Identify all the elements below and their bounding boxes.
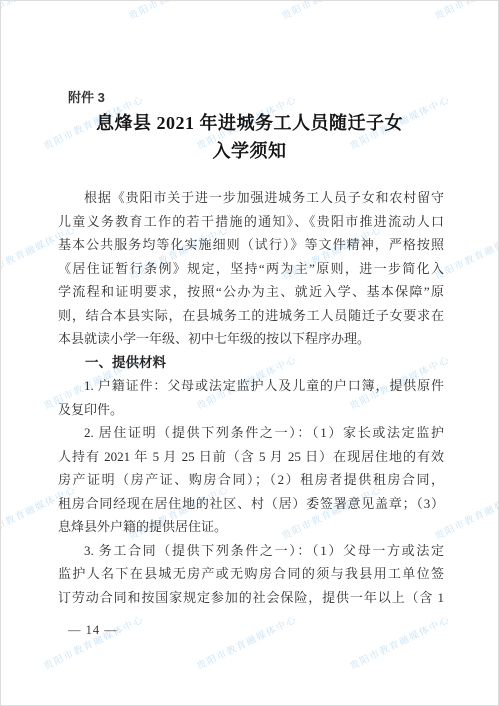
body-line: 房产证明（房产证、购房合同）；（2）租房者提供租房合同， (58, 468, 444, 492)
body-line: 及复印件。 (58, 398, 444, 422)
watermark-text: 贵阳市教育融媒体中心 (194, 611, 299, 672)
body-line: 《居住证暂行条例》规定，坚持“两为主”原则，进一步简化入 (58, 257, 444, 281)
title-line-1: 息烽县 2021 年进城务工人员随迁子女 (1, 109, 498, 137)
body-line: 则，结合本县实际，在县城务工的进城务工人员随迁子女要求在 (58, 304, 444, 328)
body-line: 租房合同经现在居住地的社区、村（居）委签署意见盖章；（3） (58, 492, 444, 516)
document-body: 根据《贵阳市关于进一步加强进城务工人员子女和农村留守 儿童义务教育工作的若干措施… (58, 186, 444, 609)
body-line: 3. 务工合同（提供下列条件之一）：（1）父母一方或法定 (58, 539, 444, 563)
section-heading: 一、提供材料 (58, 351, 444, 375)
body-line: 息烽县外户籍的提供居住证。 (58, 515, 444, 539)
body-line: 根据《贵阳市关于进一步加强进城务工人员子女和农村留守 (58, 186, 444, 210)
attachment-label: 附件 3 (68, 87, 105, 106)
body-line: 本县就读小学一年级、初中七年级的按以下程序办理。 (58, 327, 444, 351)
title-line-2: 入学须知 (1, 137, 498, 165)
document-page: 贵阳市教育融媒体中心贵阳市教育融媒体中心贵阳市教育融媒体中心贵阳市教育融媒体中心… (0, 0, 499, 706)
body-line: 监护人名下在县城无房产或无购房合同的须与我县用工单位签 (58, 562, 444, 586)
watermark-text: 贵阳市教育融媒体中心 (41, 611, 146, 672)
body-line: 儿童义务教育工作的若干措施的通知》、《贵阳市推进流动人口 (58, 210, 444, 234)
watermark-text: 贵阳市教育融媒体中心 (0, 0, 78, 22)
body-line: 学流程和证明要求，按照“公办为主、就近入学、基本保障”原 (58, 280, 444, 304)
document-title: 息烽县 2021 年进城务工人员随迁子女 入学须知 (1, 109, 498, 165)
watermark-text: 贵阳市教育融媒体中心 (279, 0, 384, 22)
body-line: 订劳动合同和按国家规定参加的社会保险，提供一年以上（含 1 (58, 586, 444, 610)
watermark-text: 贵阳市教育融媒体中心 (347, 611, 452, 672)
body-line: 2. 居住证明（提供下列条件之一）：（1）家长或法定监护 (58, 421, 444, 445)
body-line: 基本公共服务均等化实施细则（试行）》等文件精神，严格按照 (58, 233, 444, 257)
body-line: 1. 户籍证件：父母或法定监护人及儿童的户口簿，提供原件 (58, 374, 444, 398)
body-line: 人持有 2021 年 5 月 25 日前（含 5 月 25 日）在现居住地的有效 (58, 445, 444, 469)
watermark-text: 贵阳市教育融媒体中心 (432, 0, 499, 22)
watermark-text: 贵阳市教育融媒体中心 (126, 0, 231, 22)
page-number: — 14 — (68, 623, 118, 638)
